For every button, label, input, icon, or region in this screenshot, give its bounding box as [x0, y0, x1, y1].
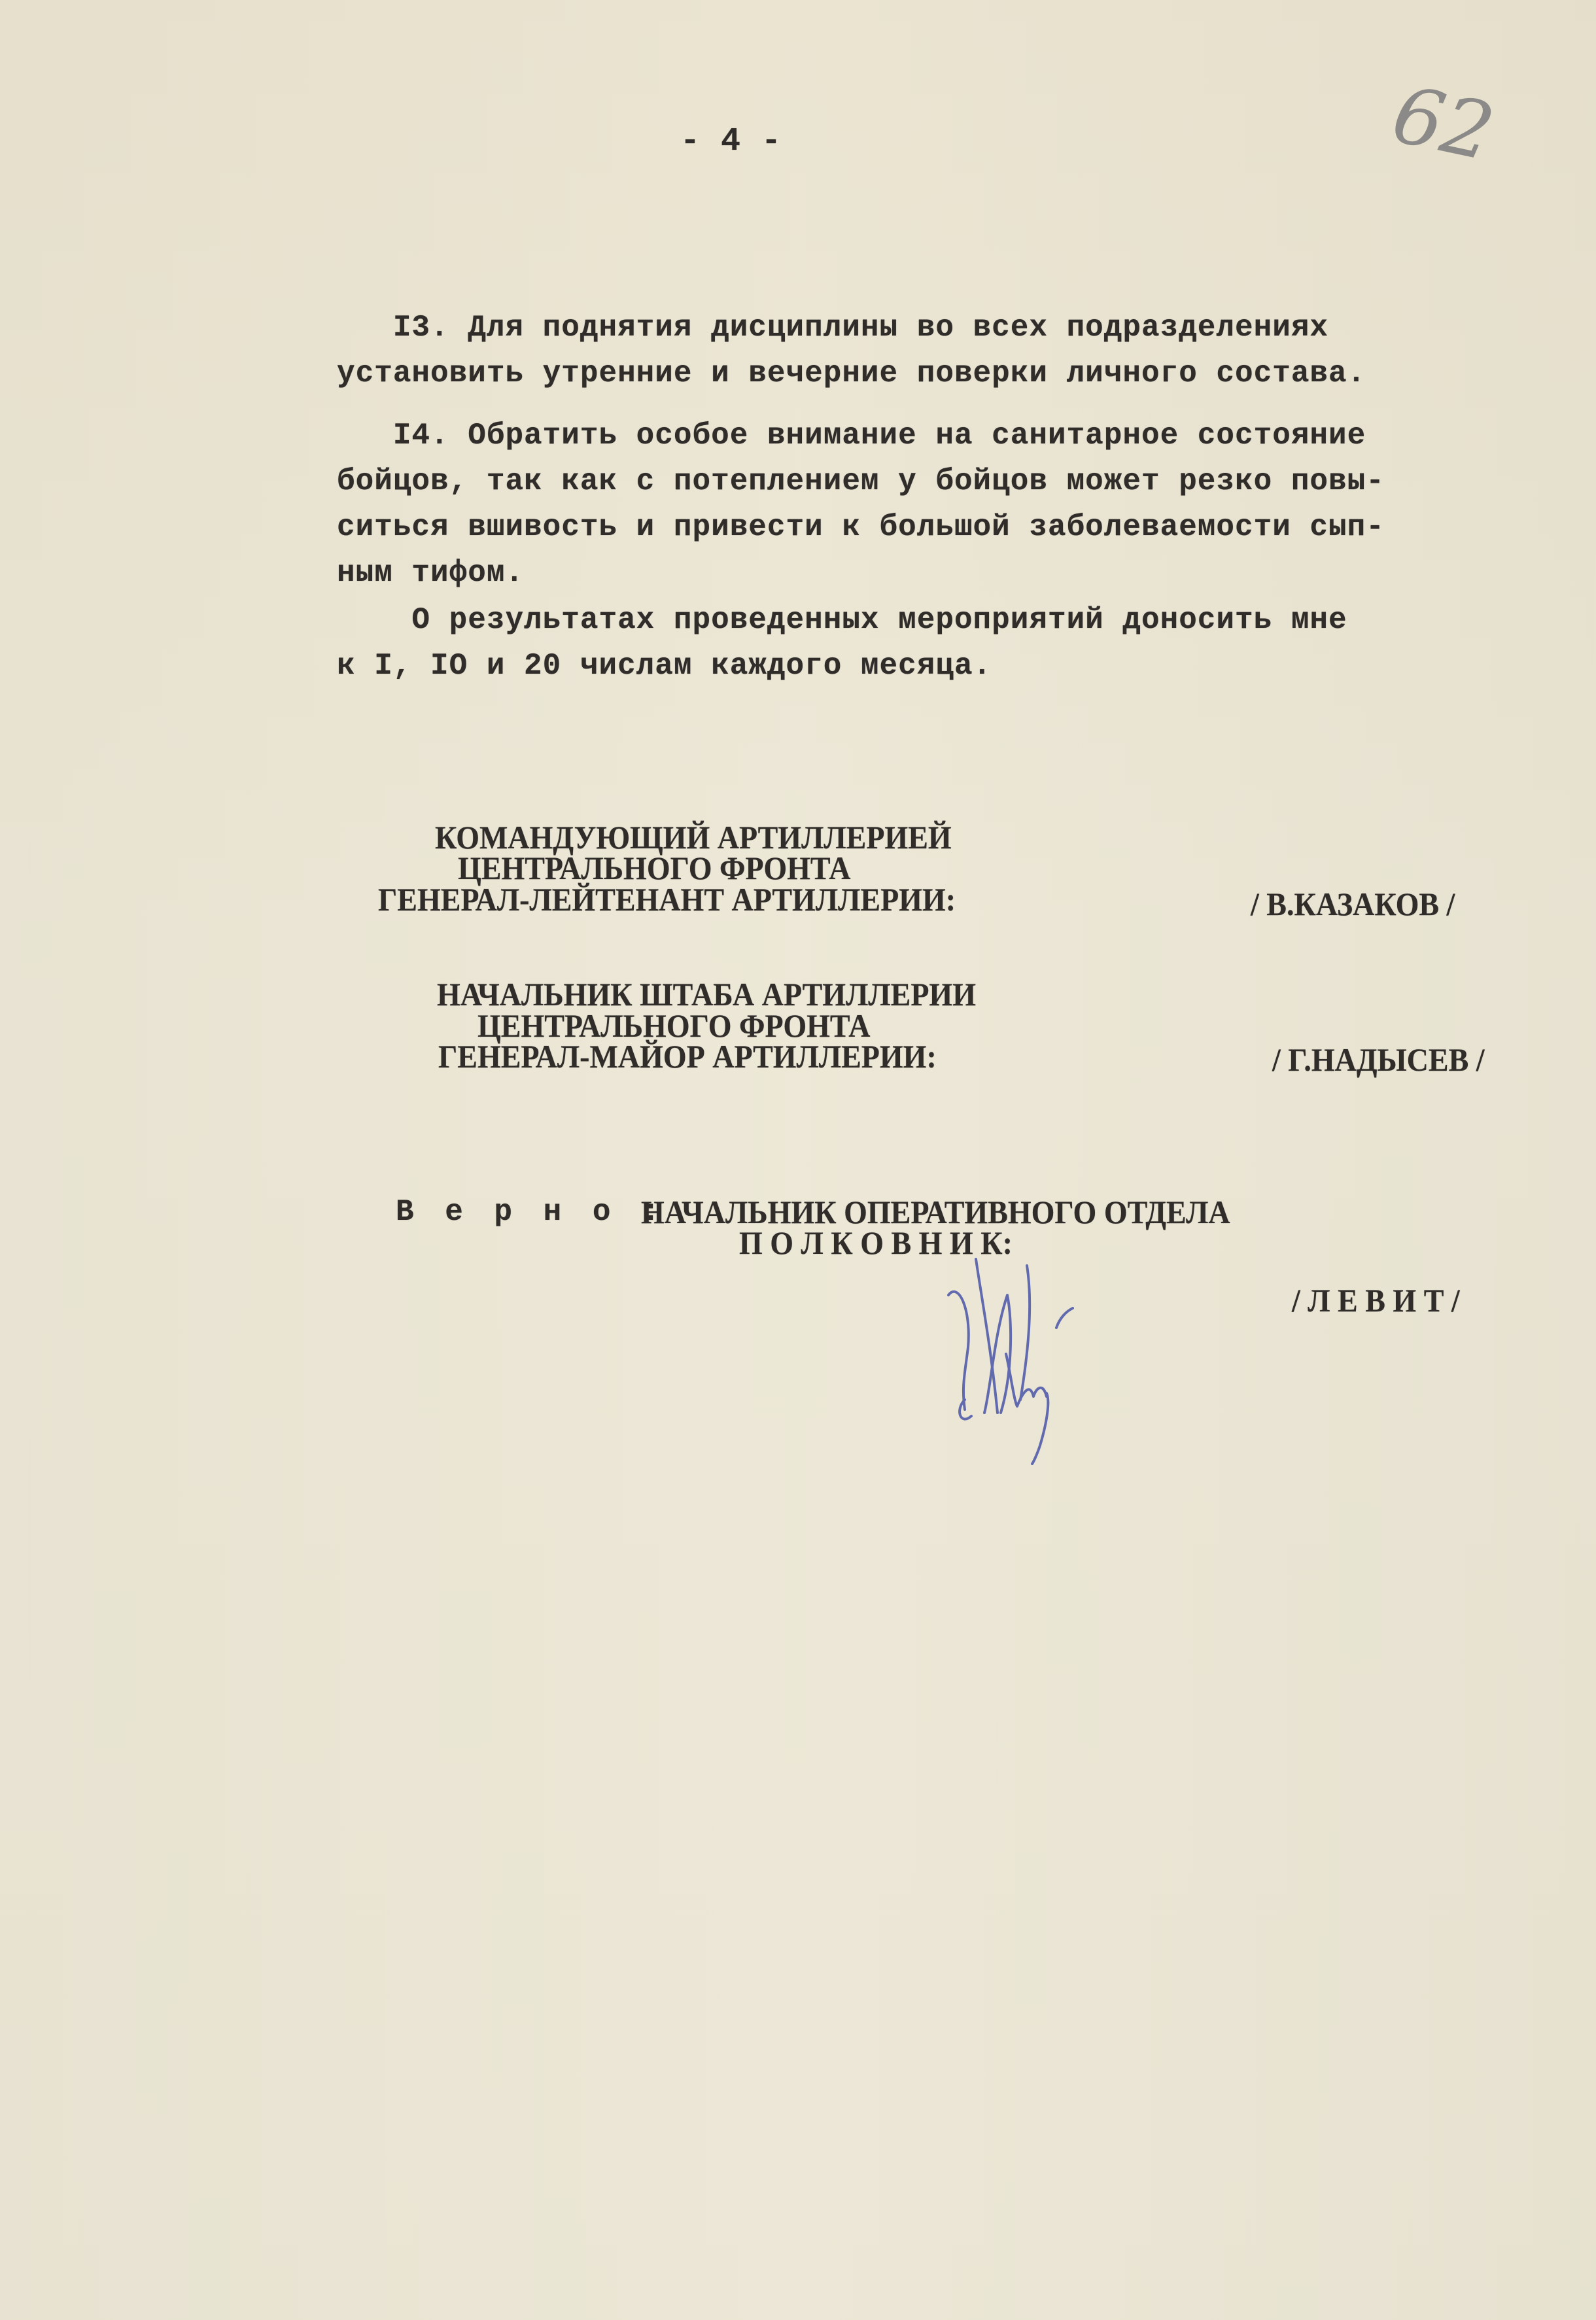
paper-background [0, 0, 1596, 2320]
text-line: ситься вшивость и привести к большой заб… [337, 512, 1385, 542]
text-line: I3. Для поднятия дисциплины во всех подр… [337, 313, 1328, 343]
signatory-title-line: КОМАНДУЮЩИЙ АРТИЛЛЕРИЕЙ [435, 821, 952, 854]
certification-name: / Л Е В И Т / [1292, 1284, 1460, 1317]
signatory-title-line: ГЕНЕРАЛ-МАЙОР АРТИЛЛЕРИИ: [438, 1040, 937, 1073]
signatory-title-line: НАЧАЛЬНИК ШТАБА АРТИЛЛЕРИИ [437, 978, 976, 1011]
certification-prefix: В е р н о : [396, 1197, 667, 1227]
signatory-title-line: ЦЕНТРАЛЬНОГО ФРОНТА [477, 1009, 871, 1042]
certification-title-line: П О Л К О В Н И К: [739, 1226, 1013, 1259]
certification-title-line: НАЧАЛЬНИК ОПЕРАТИВНОГО ОТДЕЛА [641, 1196, 1230, 1228]
signatory-title-line: ГЕНЕРАЛ-ЛЕЙТЕНАНТ АРТИЛЛЕРИИ: [378, 883, 956, 916]
text-line: установить утренние и вечерние поверки л… [337, 358, 1366, 389]
signatory-name: / В.КАЗАКОВ / [1251, 888, 1455, 920]
text-line: ным тифом. [337, 558, 524, 588]
page-number: - 4 - [680, 126, 782, 158]
text-line: I4. Обратить особое внимание на санитарн… [337, 421, 1366, 451]
text-line: к I, IO и 20 числам каждого месяца. [337, 651, 992, 681]
text-line: бойцов, так как с потеплением у бойцов м… [337, 466, 1385, 496]
signatory-name: / Г.НАДЫСЕВ / [1272, 1043, 1485, 1076]
handwritten-signature-icon [935, 1256, 1184, 1465]
text-line: О результатах проведенных мероприятий до… [337, 605, 1347, 635]
signatory-title-line: ЦЕНТРАЛЬНОГО ФРОНТА [458, 852, 851, 884]
